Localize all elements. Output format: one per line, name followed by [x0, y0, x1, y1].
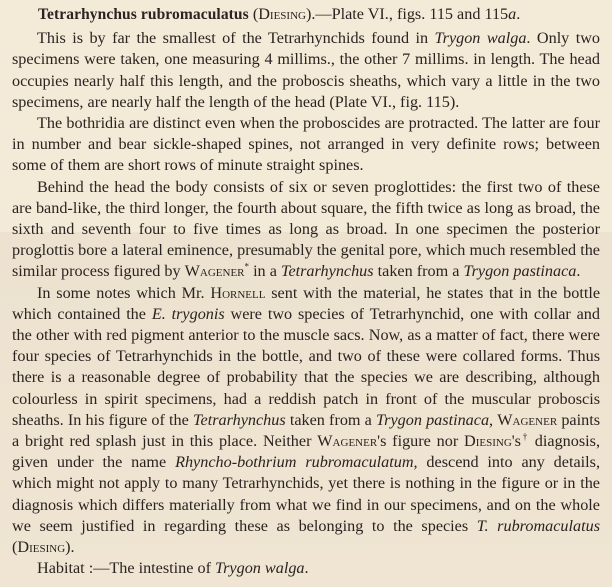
- author-name: Diesing: [464, 432, 512, 450]
- italic-taxon: Trygon walga: [435, 29, 527, 47]
- italic-taxon: Trygon walga: [215, 559, 305, 577]
- text: The bothridia are distinct even when the…: [12, 114, 600, 174]
- footnote-marker: †: [521, 432, 529, 442]
- author-name: Diesing: [258, 5, 306, 23]
- text: .: [576, 262, 580, 280]
- heading-text: .: [516, 5, 520, 23]
- plate-reference: —Plate VI., figs. 115 and 115: [315, 5, 508, 23]
- text: in a: [249, 262, 281, 280]
- paragraph-proglottides: Behind the head the body consists of six…: [12, 177, 600, 283]
- paragraph-description: This is by far the smallest of the Tetra…: [12, 28, 600, 113]
- author-name: Wagener: [497, 411, 557, 429]
- italic-taxon: Trygon pastinaca: [464, 262, 577, 280]
- text: .: [305, 559, 309, 577]
- author-name: Diesing: [17, 538, 65, 556]
- text: ).: [65, 538, 74, 556]
- italic-taxon: E. trygonis: [152, 305, 225, 323]
- italic-taxon: Trygon pastinaca: [376, 411, 489, 429]
- italic-taxon: Rhyncho-bothrium rubromaculatum: [175, 453, 413, 471]
- author-name: Wagener: [317, 432, 377, 450]
- scanned-page: Tetrarhynchus rubromaculatus (Diesing).—…: [0, 0, 612, 587]
- italic-taxon: Tetrarhynchus: [281, 262, 374, 280]
- text: taken from a: [286, 411, 376, 429]
- author-name: Wagener: [185, 262, 245, 280]
- text: 's: [512, 432, 521, 450]
- italic-taxon: Tetrarhynchus: [193, 411, 286, 429]
- document-body: Tetrarhynchus rubromaculatus (Diesing).—…: [12, 4, 600, 579]
- species-name: Tetrarhynchus rubromaculatus: [38, 6, 249, 23]
- author-name: Hornell: [210, 284, 265, 302]
- habitat-line: Habitat :—The intestine of Trygon walga.: [12, 558, 600, 579]
- text: taken from a: [374, 262, 464, 280]
- text: This is by far the smallest of the Tetra…: [37, 29, 435, 47]
- paragraph-notes: In some notes which Mr. Hornell sent wit…: [12, 283, 600, 559]
- paragraph-bothridia: The bothridia are distinct even when the…: [12, 113, 600, 177]
- italic-taxon: T. rubromaculatus: [477, 517, 600, 535]
- text: In some notes which Mr.: [37, 284, 210, 302]
- heading-text: (: [249, 5, 258, 23]
- species-heading: Tetrarhynchus rubromaculatus (Diesing).—…: [12, 4, 600, 25]
- text: 's figure nor: [377, 432, 464, 450]
- habitat-label: Habitat :—The intestine of: [37, 559, 215, 577]
- heading-text: ).: [306, 5, 315, 23]
